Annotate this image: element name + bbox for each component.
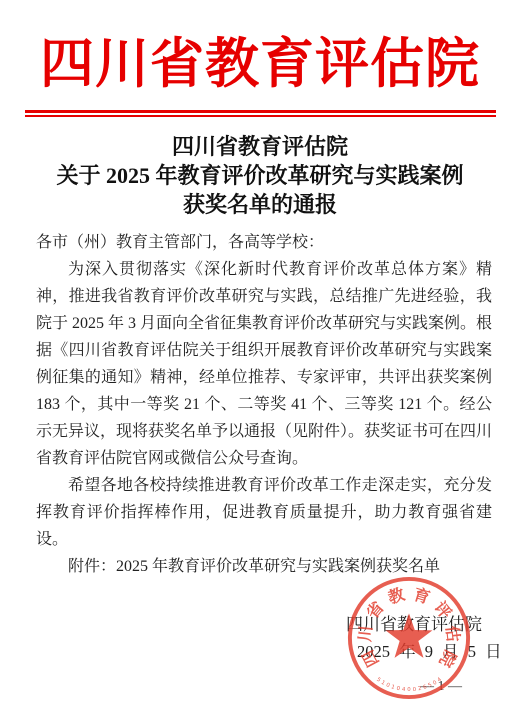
title-line-3: 获奖名单的通报 <box>0 190 520 219</box>
letterhead-divider <box>25 110 496 117</box>
attachment-line: 附件：2025 年教育评价改革研究与实践案例获奖名单 <box>36 553 492 580</box>
divider-thick-line <box>25 110 496 113</box>
title-line-2: 关于 2025 年教育评价改革研究与实践案例 <box>0 161 520 190</box>
letterhead-org-name: 四川省教育评估院 <box>0 30 520 98</box>
svg-text:1: 1 <box>380 680 386 687</box>
document-body: 各市（州）教育主管部门，各高等学校： 为深入贯彻落实《深化新时代教育评价改革总体… <box>36 229 492 580</box>
salutation-line: 各市（州）教育主管部门，各高等学校： <box>36 229 492 256</box>
svg-text:0: 0 <box>385 682 391 689</box>
page-number: — 1 — <box>400 679 482 695</box>
divider-thin-line <box>25 115 496 117</box>
document-title: 四川省教育评估院 关于 2025 年教育评价改革研究与实践案例 获奖名单的通报 <box>0 132 520 219</box>
svg-text:1: 1 <box>390 684 395 691</box>
signature-date: 2025 年 9 月 5 日 <box>357 638 502 662</box>
signature-org-name: 四川省教育评估院 <box>346 610 480 635</box>
body-paragraph-2: 希望各地各校持续推进教育评价改革工作走深走实，充分发挥教育评价指挥棒作用，促进教… <box>36 472 492 553</box>
svg-text:教: 教 <box>386 585 407 607</box>
svg-text:5: 5 <box>375 677 381 684</box>
document-page: 四川省教育评估院 四川省教育评估院 关于 2025 年教育评价改革研究与实践案例… <box>0 0 520 713</box>
svg-text:育: 育 <box>411 585 432 608</box>
body-paragraph-1: 为深入贯彻落实《深化新时代教育评价改革总体方案》精神，推进我省教育评价改革研究与… <box>36 256 492 472</box>
title-line-1: 四川省教育评估院 <box>0 132 520 161</box>
